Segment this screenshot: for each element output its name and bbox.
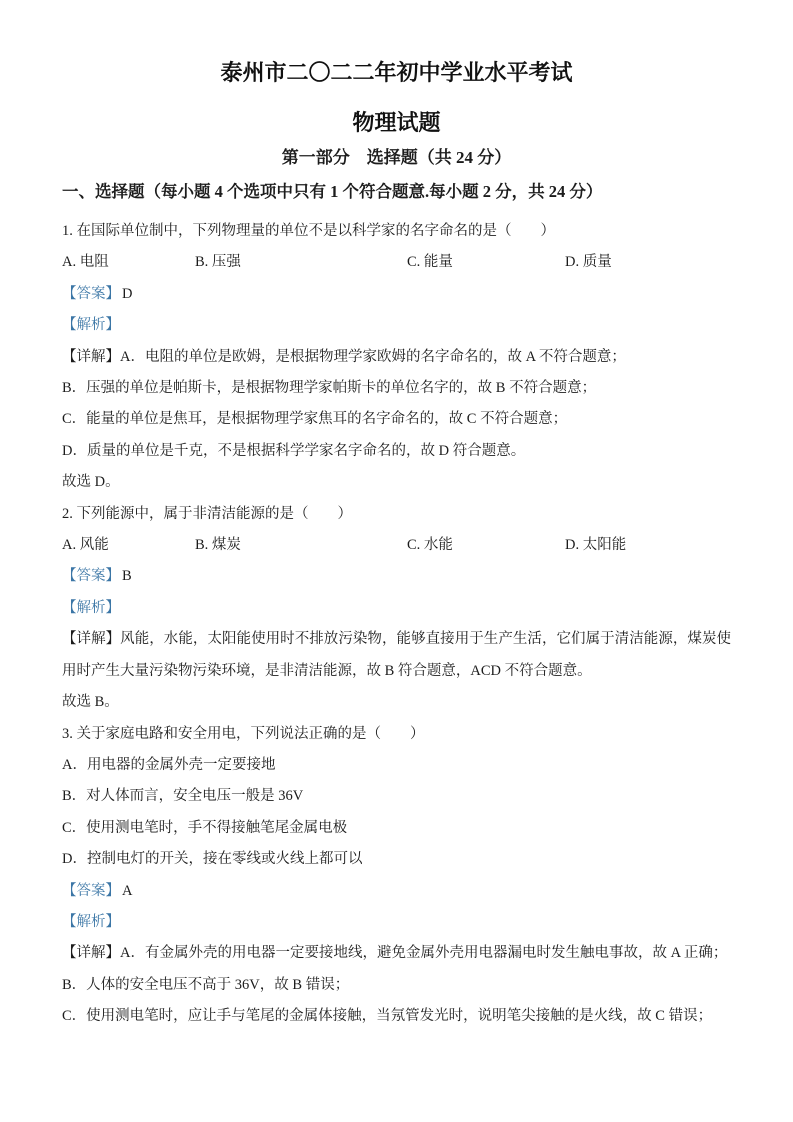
question-2-stem: 2. 下列能源中，属于非清洁能源的是（ ） (62, 499, 731, 530)
question-2-option-b: B. 煤炭 (195, 530, 407, 561)
question-1-option-a: A. 电阻 (62, 247, 195, 278)
document-content: 泰州市二〇二二年初中学业水平考试 物理试题 第一部分 选择题（共 24 分） 一… (0, 0, 793, 1033)
question-1-option-d: D. 质量 (565, 247, 731, 278)
question-1-option-c: C. 能量 (407, 247, 565, 278)
question-3-analysis-line: 【解析】 (62, 907, 731, 938)
question-3-answer-value: A (122, 883, 132, 899)
question-2-analysis-line: 【解析】 (62, 593, 731, 624)
question-3-detail-line: C．使用测电笔时，应让手与笔尾的金属体接触，当氖管发光时，说明笔尖接触的是火线，… (62, 1001, 731, 1032)
question-2-conclusion: 故选 B。 (62, 687, 731, 718)
document-subtitle: 物理试题 (62, 108, 731, 138)
question-2-option-c: C. 水能 (407, 530, 565, 561)
question-3-option-a: A．用电器的金属外壳一定要接地 (62, 750, 731, 781)
question-1-analysis-line: 【解析】 (62, 310, 731, 341)
question-1-detail-line: 【详解】A．电阻的单位是欧姆，是根据物理学家欧姆的名字命名的，故 A 不符合题意… (62, 342, 731, 373)
question-3-answer-line: 【答案】A (62, 876, 731, 907)
question-2-answer-value: B (122, 568, 132, 584)
question-3-detail-line: 【详解】A．有金属外壳的用电器一定要接地线，避免金属外壳用电器漏电时发生触电事故… (62, 938, 731, 969)
analysis-label: 【解析】 (62, 317, 120, 333)
question-3-option-b: B．对人体而言，安全电压一般是 36V (62, 781, 731, 812)
document-page: 泰州市二〇二二年初中学业水平考试 物理试题 第一部分 选择题（共 24 分） 一… (0, 0, 793, 1122)
question-2-option-d: D. 太阳能 (565, 530, 731, 561)
question-3-stem: 3. 关于家庭电路和安全用电，下列说法正确的是（ ） (62, 719, 731, 750)
question-1-answer-line: 【答案】D (62, 279, 731, 310)
question-1-detail-line: B．压强的单位是帕斯卡，是根据物理学家帕斯卡的单位名字的，故 B 不符合题意； (62, 373, 731, 404)
question-3-option-c: C．使用测电笔时，手不得接触笔尾金属电极 (62, 813, 731, 844)
questions-body: 1. 在国际单位制中，下列物理量的单位不是以科学家的名字命名的是（ ） A. 电… (62, 216, 731, 1033)
answer-label: 【答案】 (62, 568, 120, 584)
part-heading: 第一部分 选择题（共 24 分） (62, 146, 731, 170)
question-1-options-row: A. 电阻 B. 压强 C. 能量 D. 质量 (62, 247, 731, 278)
question-3-detail-line: B．人体的安全电压不高于 36V，故 B 错误； (62, 970, 731, 1001)
question-1-option-b: B. 压强 (195, 247, 407, 278)
question-1-conclusion: 故选 D。 (62, 467, 731, 498)
question-2-answer-line: 【答案】B (62, 561, 731, 592)
question-1-answer-value: D (122, 286, 132, 302)
document-title: 泰州市二〇二二年初中学业水平考试 (62, 58, 731, 88)
question-2-detail-line: 【详解】风能，水能，太阳能使用时不排放污染物，能够直接用于生产生活，它们属于清洁… (62, 624, 731, 687)
answer-label: 【答案】 (62, 286, 120, 302)
analysis-label: 【解析】 (62, 600, 120, 616)
question-2-option-a: A. 风能 (62, 530, 195, 561)
question-2-options-row: A. 风能 B. 煤炭 C. 水能 D. 太阳能 (62, 530, 731, 561)
analysis-label: 【解析】 (62, 914, 120, 930)
question-3-option-d: D．控制电灯的开关，接在零线或火线上都可以 (62, 844, 731, 875)
answer-label: 【答案】 (62, 883, 120, 899)
question-1-detail-line: D．质量的单位是千克，不是根据科学学家名字命名的，故 D 符合题意。 (62, 436, 731, 467)
question-1-detail-line: C．能量的单位是焦耳，是根据物理学家焦耳的名字命名的，故 C 不符合题意； (62, 404, 731, 435)
question-1-stem: 1. 在国际单位制中，下列物理量的单位不是以科学家的名字命名的是（ ） (62, 216, 731, 247)
section-heading: 一、选择题（每小题 4 个选项中只有 1 个符合题意.每小题 2 分，共 24 … (62, 180, 731, 204)
